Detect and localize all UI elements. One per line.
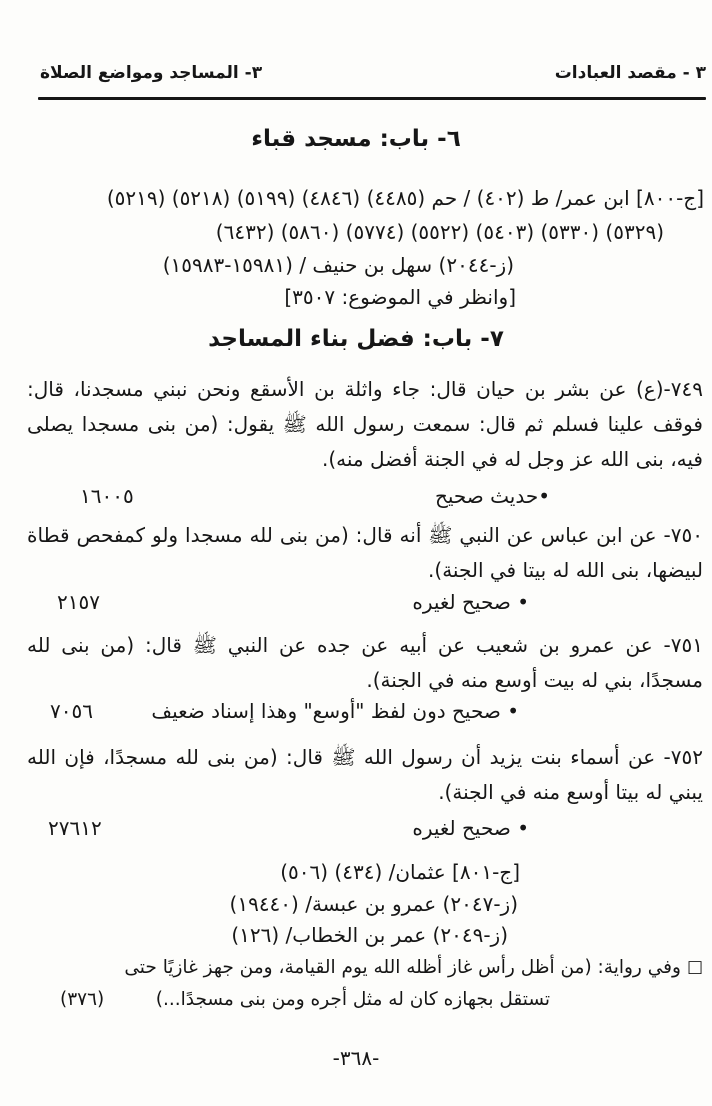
hadith-ref-number: ١٦٠٠٥ [80, 484, 134, 508]
footnote-number: (٣٧٦) [60, 989, 104, 1010]
square-marker-icon: □ [687, 957, 703, 977]
hadith-749-text: ٧٤٩-(ع) عن بشر بن حيان قال: جاء واثلة بن… [27, 372, 703, 477]
footnote-text: تستقل بجهازه كان له مثل أجره ومن بنى مسج… [156, 989, 550, 1010]
header-rule [38, 97, 706, 100]
hadith-grade: • صحيح دون لفظ "أوسع" وهذا إسناد ضعيف [151, 699, 519, 723]
chapter-7-reference-line: (ز-٢٠٤٧) عمرو بن عبسة/ (١٩٤٤٠) [230, 892, 518, 916]
hadith-grade: • صحيح لغيره [412, 816, 529, 840]
chapter-6-reference-line: [وانظر في الموضوع: ٣٥٠٧] [284, 285, 516, 309]
hadith-752-grade-row: • صحيح لغيره ٢٧٦١٢ [0, 816, 712, 846]
page-number: -٣٦٨- [0, 1046, 712, 1070]
chapter-6-reference-line: [ج-٨٠٠] ابن عمر/ ط (٤٠٢) / حم (٤٤٨٥) (٤٨… [107, 186, 704, 210]
hadith-ref-number: ٧٠٥٦ [50, 699, 93, 723]
hadith-750-grade-row: • صحيح لغيره ٢١٥٧ [0, 590, 712, 620]
footnote-line-1: □وفي رواية: (من أظل رأس غاز أظله الله يو… [124, 957, 703, 978]
hadith-752-text: ٧٥٢- عن أسماء بنت يزيد أن رسول الله ﷺ قا… [27, 740, 703, 810]
hadith-grade: • صحيح لغيره [412, 590, 529, 614]
running-head-section: ٣ - مقصد العبادات [555, 63, 706, 83]
hadith-751-grade-row: • صحيح دون لفظ "أوسع" وهذا إسناد ضعيف ٧٠… [0, 699, 712, 729]
running-head-subsection: ٣- المساجد ومواضع الصلاة [40, 63, 262, 83]
footnote-text: وفي رواية: (من أظل رأس غاز أظله الله يوم… [124, 957, 681, 978]
hadith-ref-number: ٢١٥٧ [57, 590, 100, 614]
hadith-749-grade-row: •حديث صحيح ١٦٠٠٥ [0, 484, 712, 514]
hadith-751-text: ٧٥١- عن عمرو بن شعيب عن أبيه عن جده عن ا… [27, 628, 703, 698]
chapter-7-title: ٧- باب: فضل بناء المساجد [0, 326, 712, 352]
hadith-ref-number: ٢٧٦١٢ [48, 816, 102, 840]
chapter-6-title: ٦- باب: مسجد قباء [0, 126, 712, 152]
hadith-750-text: ٧٥٠- عن ابن عباس عن النبي ﷺ أنه قال: (من… [27, 518, 703, 588]
book-page: ٣ - مقصد العبادات ٣- المساجد ومواضع الصل… [0, 0, 712, 1106]
chapter-7-reference-line: (ز-٢٠٤٩) عمر بن الخطاب/ (١٢٦) [231, 923, 508, 947]
chapter-6-reference-line: (ز-٢٠٤٤) سهل بن حنيف / (١٥٩٨١-١٥٩٨٣) [163, 253, 514, 277]
chapter-6-reference-line: (٥٣٢٩) (٥٣٣٠) (٥٤٠٣) (٥٥٢٢) (٥٧٧٤) (٥٨٦٠… [216, 220, 664, 244]
chapter-7-reference-line: [ج-٨٠١] عثمان/ (٤٣٤) (٥٠٦) [280, 860, 520, 884]
hadith-grade: •حديث صحيح [435, 484, 550, 508]
